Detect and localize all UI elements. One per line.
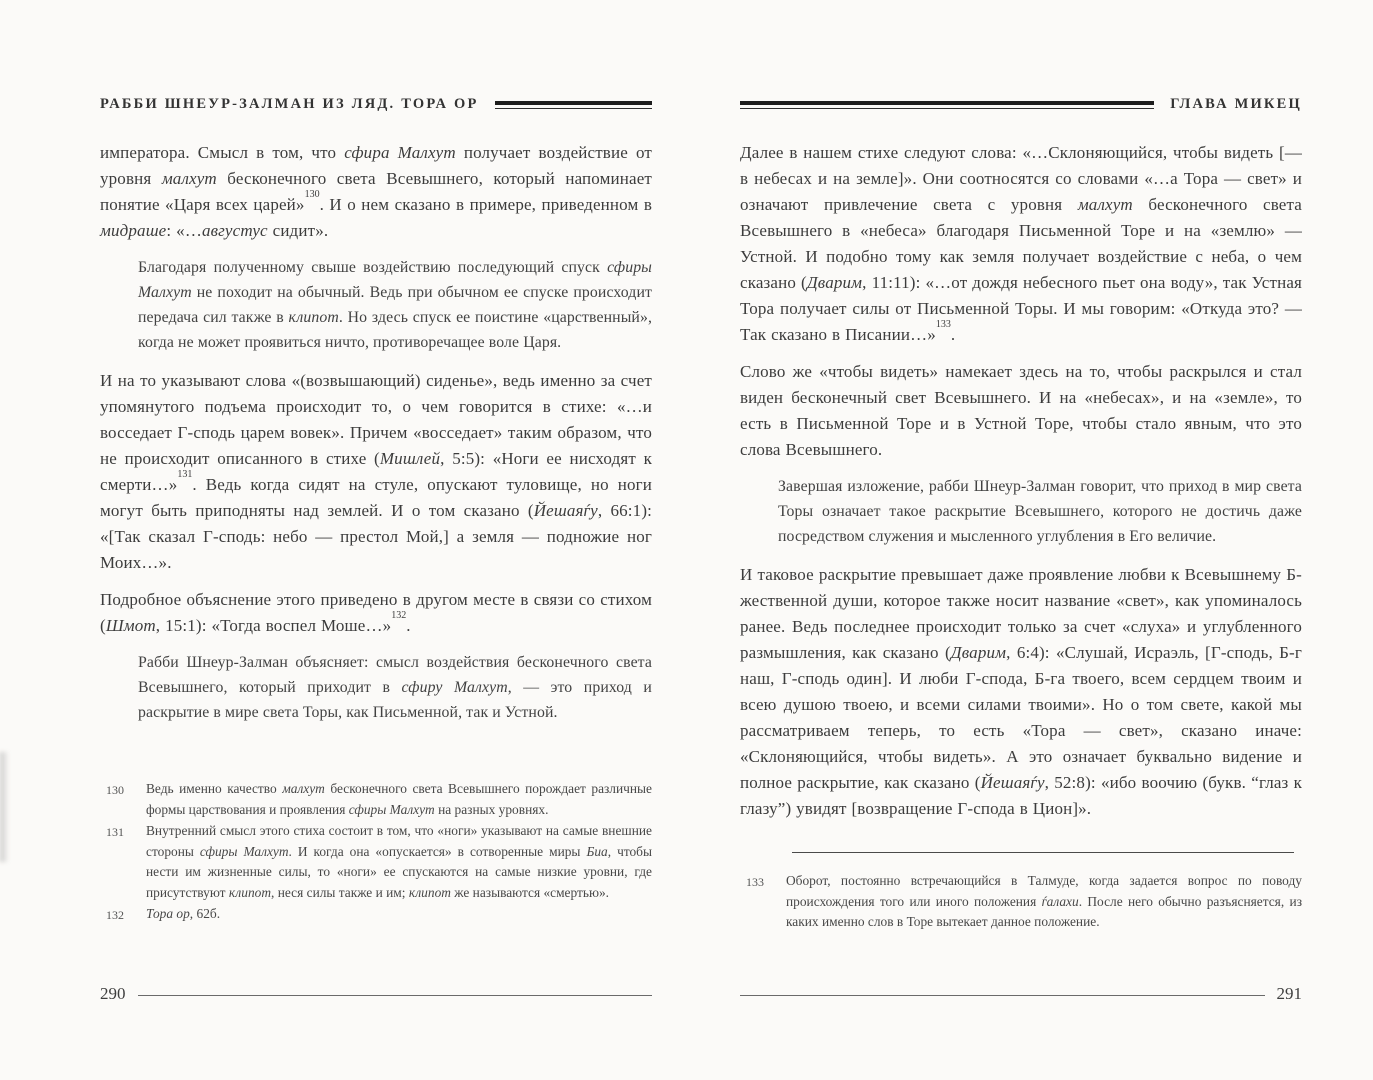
footnote-reference: 132 xyxy=(391,610,406,621)
header-double-rule xyxy=(740,101,1154,109)
commentary-paragraph: Благодаря полученному свыше воздействию … xyxy=(138,255,652,355)
italic-term: Мишлей xyxy=(380,449,440,468)
running-head-title: ГЛАВА МИКЕЦ xyxy=(1170,96,1302,113)
italic-term: сфиру Малхут xyxy=(402,679,508,696)
text-run: . И о нем сказано в примере, приведенном… xyxy=(320,195,652,214)
text-run: Благодаря полученному свыше воздействию … xyxy=(138,259,607,276)
page-number: 291 xyxy=(1277,984,1303,1004)
footnote-text: Ведь именно качество малхут бесконечного… xyxy=(146,779,652,820)
commentary-paragraph: Завершая изложение, рабби Шнеур-Залман г… xyxy=(778,474,1302,549)
text-run: , 6:4): «Слушай, Исраэль, [Г-сподь, Б-г … xyxy=(740,643,1302,792)
paragraph: Подробное объяснение этого приведено в д… xyxy=(100,587,652,639)
text-run: , неся силы также и им; xyxy=(271,885,409,900)
text-run: императора. Смысл в том, что xyxy=(100,143,344,162)
page-content: Далее в нашем стихе следуют слова: «…Скл… xyxy=(740,140,1302,833)
footnote: 131 Внутренний смысл этого стиха состоит… xyxy=(100,821,652,903)
footnote: 130 Ведь именно качество малхут бесконеч… xyxy=(100,779,652,820)
footnotes-block: 133 Оборот, постоянно встречающийся в Та… xyxy=(740,871,1302,934)
italic-term: Дварим xyxy=(951,643,1006,662)
footnotes-block: 130 Ведь именно качество малхут бесконеч… xyxy=(100,779,652,927)
italic-term: клипот xyxy=(409,885,451,900)
header-double-rule xyxy=(495,101,652,109)
scan-smudge-artifact xyxy=(0,752,9,862)
page-footer: 291 xyxy=(740,984,1302,1004)
footnote-number: 132 xyxy=(100,904,132,926)
italic-term: Тора ор xyxy=(146,906,190,921)
text-run: на разных уровнях. xyxy=(435,802,549,817)
text-run: . xyxy=(951,325,955,344)
italic-term: сфира Малхут xyxy=(344,143,456,162)
page-right: ГЛАВА МИКЕЦ Далее в нашем стихе следуют … xyxy=(740,0,1302,1080)
text-run: сидит». xyxy=(268,221,329,240)
italic-term: Дварим xyxy=(807,273,862,292)
running-head-title: РАББИ ШНЕУР-ЗАЛМАН ИЗ ЛЯД. ТОРА ОР xyxy=(100,96,479,113)
italic-term: августус xyxy=(202,221,268,240)
footnote-reference: 131 xyxy=(177,469,192,480)
page-content: императора. Смысл в том, что сфира Малху… xyxy=(100,140,652,738)
text-run: Ведь именно качество xyxy=(146,781,282,796)
running-head-right: ГЛАВА МИКЕЦ xyxy=(740,96,1302,113)
paragraph: И таковое раскрытие превышает даже прояв… xyxy=(740,562,1302,822)
text-run: , 15:1): «Тогда воспел Моше…» xyxy=(156,616,391,635)
paragraph: И на то указывают слова «(возвышающий) с… xyxy=(100,368,652,576)
page-footer: 290 xyxy=(100,984,652,1004)
footnote-text: Оборот, постоянно встречающийся в Талмуд… xyxy=(786,871,1302,933)
footnote-number: 133 xyxy=(740,871,772,933)
paragraph: Слово же «чтобы видеть» намекает здесь н… xyxy=(740,359,1302,463)
footer-rule xyxy=(138,995,653,996)
running-head-left: РАББИ ШНЕУР-ЗАЛМАН ИЗ ЛЯД. ТОРА ОР xyxy=(100,96,652,113)
footnote-text: Внутренний смысл этого стиха состоит в т… xyxy=(146,821,652,903)
italic-term: малхут xyxy=(1078,195,1133,214)
italic-term: малхут xyxy=(162,169,217,188)
text-run: . И когда она «опускается» в сотворенные… xyxy=(289,844,587,859)
text-run: же называются «смертью». xyxy=(451,885,609,900)
book-spread: РАББИ ШНЕУР-ЗАЛМАН ИЗ ЛЯД. ТОРА ОР импер… xyxy=(0,0,1373,1080)
italic-term: Биа xyxy=(586,844,607,859)
text-run: Завершая изложение, рабби Шнеур-Залман г… xyxy=(778,478,1302,545)
italic-term: клипот xyxy=(289,309,339,326)
page-number: 290 xyxy=(100,984,126,1004)
italic-term: Шмот xyxy=(106,616,156,635)
page-left: РАББИ ШНЕУР-ЗАЛМАН ИЗ ЛЯД. ТОРА ОР импер… xyxy=(100,0,652,1080)
text-run: Слово же «чтобы видеть» намекает здесь н… xyxy=(740,362,1302,459)
footnote-divider-rule xyxy=(792,852,1294,853)
paragraph: Далее в нашем стихе следуют слова: «…Скл… xyxy=(740,140,1302,348)
italic-term: сфиры Малхут xyxy=(349,802,435,817)
footnote-text: Тора ор, 62б. xyxy=(146,904,652,926)
footer-rule xyxy=(740,995,1265,996)
italic-term: сфиры Малхут xyxy=(200,844,289,859)
footnote-number: 130 xyxy=(100,779,132,820)
italic-term: Йешаяѓу xyxy=(534,501,598,520)
italic-term: мидраше xyxy=(100,221,166,240)
footnote: 132 Тора ор, 62б. xyxy=(100,904,652,926)
italic-term: ѓалахи xyxy=(1042,894,1079,909)
italic-term: клипот xyxy=(229,885,271,900)
footnote-reference: 130 xyxy=(305,189,320,200)
commentary-paragraph: Рабби Шнеур-Залман объясняет: смысл возд… xyxy=(138,650,652,725)
paragraph: императора. Смысл в том, что сфира Малху… xyxy=(100,140,652,244)
footnote-number: 131 xyxy=(100,821,132,903)
footnote-reference: 133 xyxy=(936,319,951,330)
text-run: : «… xyxy=(166,221,202,240)
italic-term: малхут xyxy=(282,781,325,796)
italic-term: Йешаяѓу xyxy=(981,773,1045,792)
text-run: , 62б. xyxy=(190,906,220,921)
footnote: 133 Оборот, постоянно встречающийся в Та… xyxy=(740,871,1302,933)
text-run: . xyxy=(406,616,410,635)
